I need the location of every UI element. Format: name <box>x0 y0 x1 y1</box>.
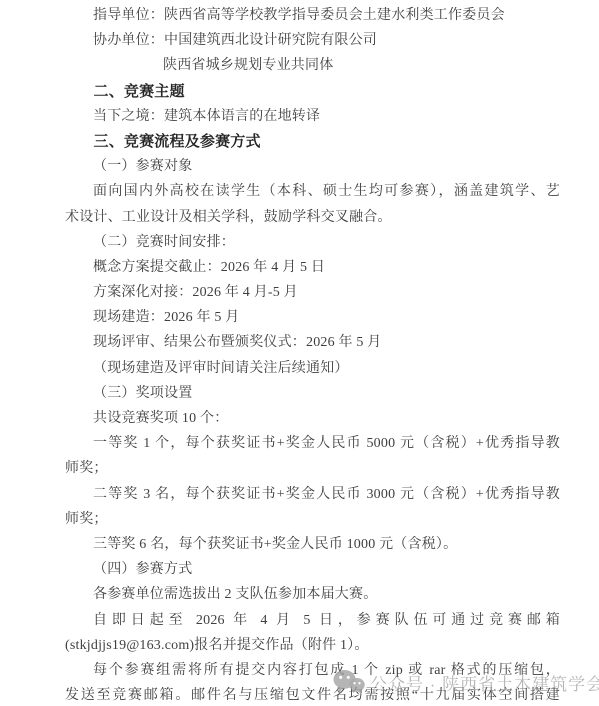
doc-line: 面向国内外高校在读学生（本科、硕士生均可参赛），涵盖建筑学、艺 <box>65 179 560 204</box>
doc-line: 现场评审、结果公布暨颁奖仪式：2026 年 5 月 <box>65 330 560 355</box>
doc-line: 师奖； <box>65 507 560 532</box>
doc-line: 协办单位：中国建筑西北设计研究院有限公司 <box>65 28 560 53</box>
doc-line: (stkjdjjs19@163.com)报名并提交作品（附件 1）。 <box>65 633 560 658</box>
doc-line: 师奖； <box>65 456 560 481</box>
doc-line: 指导单位：陕西省高等学校教学指导委员会土建水利类工作委员会 <box>65 3 560 28</box>
doc-line: （三）奖项设置 <box>65 381 560 406</box>
doc-line: 二等奖 3 名，每个获奖证书+奖金人民币 3000 元（含税）+优秀指导教 <box>65 482 560 507</box>
document-body: 指导单位：陕西省高等学校教学指导委员会土建水利类工作委员会协办单位：中国建筑西北… <box>65 3 560 706</box>
doc-line: （二）竞赛时间安排： <box>65 230 560 255</box>
doc-line: 发送至竞赛邮箱。邮件名与压缩包文件名均需按照“十九届实体空间搭建 <box>65 683 560 706</box>
doc-line: （四）参赛方式 <box>65 557 560 582</box>
doc-line: （一）参赛对象 <box>65 154 560 179</box>
doc-line: 陕西省城乡规划专业共同体 <box>65 53 560 78</box>
doc-line: 一等奖 1 个，每个获奖证书+奖金人民币 5000 元（含税）+优秀指导教 <box>65 431 560 456</box>
doc-line: 现场建造：2026 年 5 月 <box>65 305 560 330</box>
doc-line: 二、竞赛主题 <box>65 79 560 104</box>
doc-line: 当下之境：建筑本体语言的在地转译 <box>65 104 560 129</box>
doc-line: 各参赛单位需选拔出 2 支队伍参加本届大赛。 <box>65 582 560 607</box>
doc-line: 方案深化对接：2026 年 4 月-5 月 <box>65 280 560 305</box>
doc-line: 三等奖 6 名，每个获奖证书+奖金人民币 1000 元（含税）。 <box>65 532 560 557</box>
doc-line: 三、竞赛流程及参赛方式 <box>65 129 560 154</box>
doc-line: 概念方案提交截止：2026 年 4 月 5 日 <box>65 255 560 280</box>
doc-line: （现场建造及评审时间请关注后续通知） <box>65 356 560 381</box>
doc-line: 术设计、工业设计及相关学科，鼓励学科交叉融合。 <box>65 205 560 230</box>
doc-line: 共设竞赛奖项 10 个： <box>65 406 560 431</box>
doc-line: 每个参赛组需将所有提交内容打包成 1 个 zip 或 rar 格式的压缩包， <box>65 658 560 683</box>
document-page: 指导单位：陕西省高等学校教学指导委员会土建水利类工作委员会协办单位：中国建筑西北… <box>0 0 599 706</box>
doc-line: 自即日起至 2026 年 4 月 5 日，参赛队伍可通过竞赛邮箱 <box>65 608 560 633</box>
